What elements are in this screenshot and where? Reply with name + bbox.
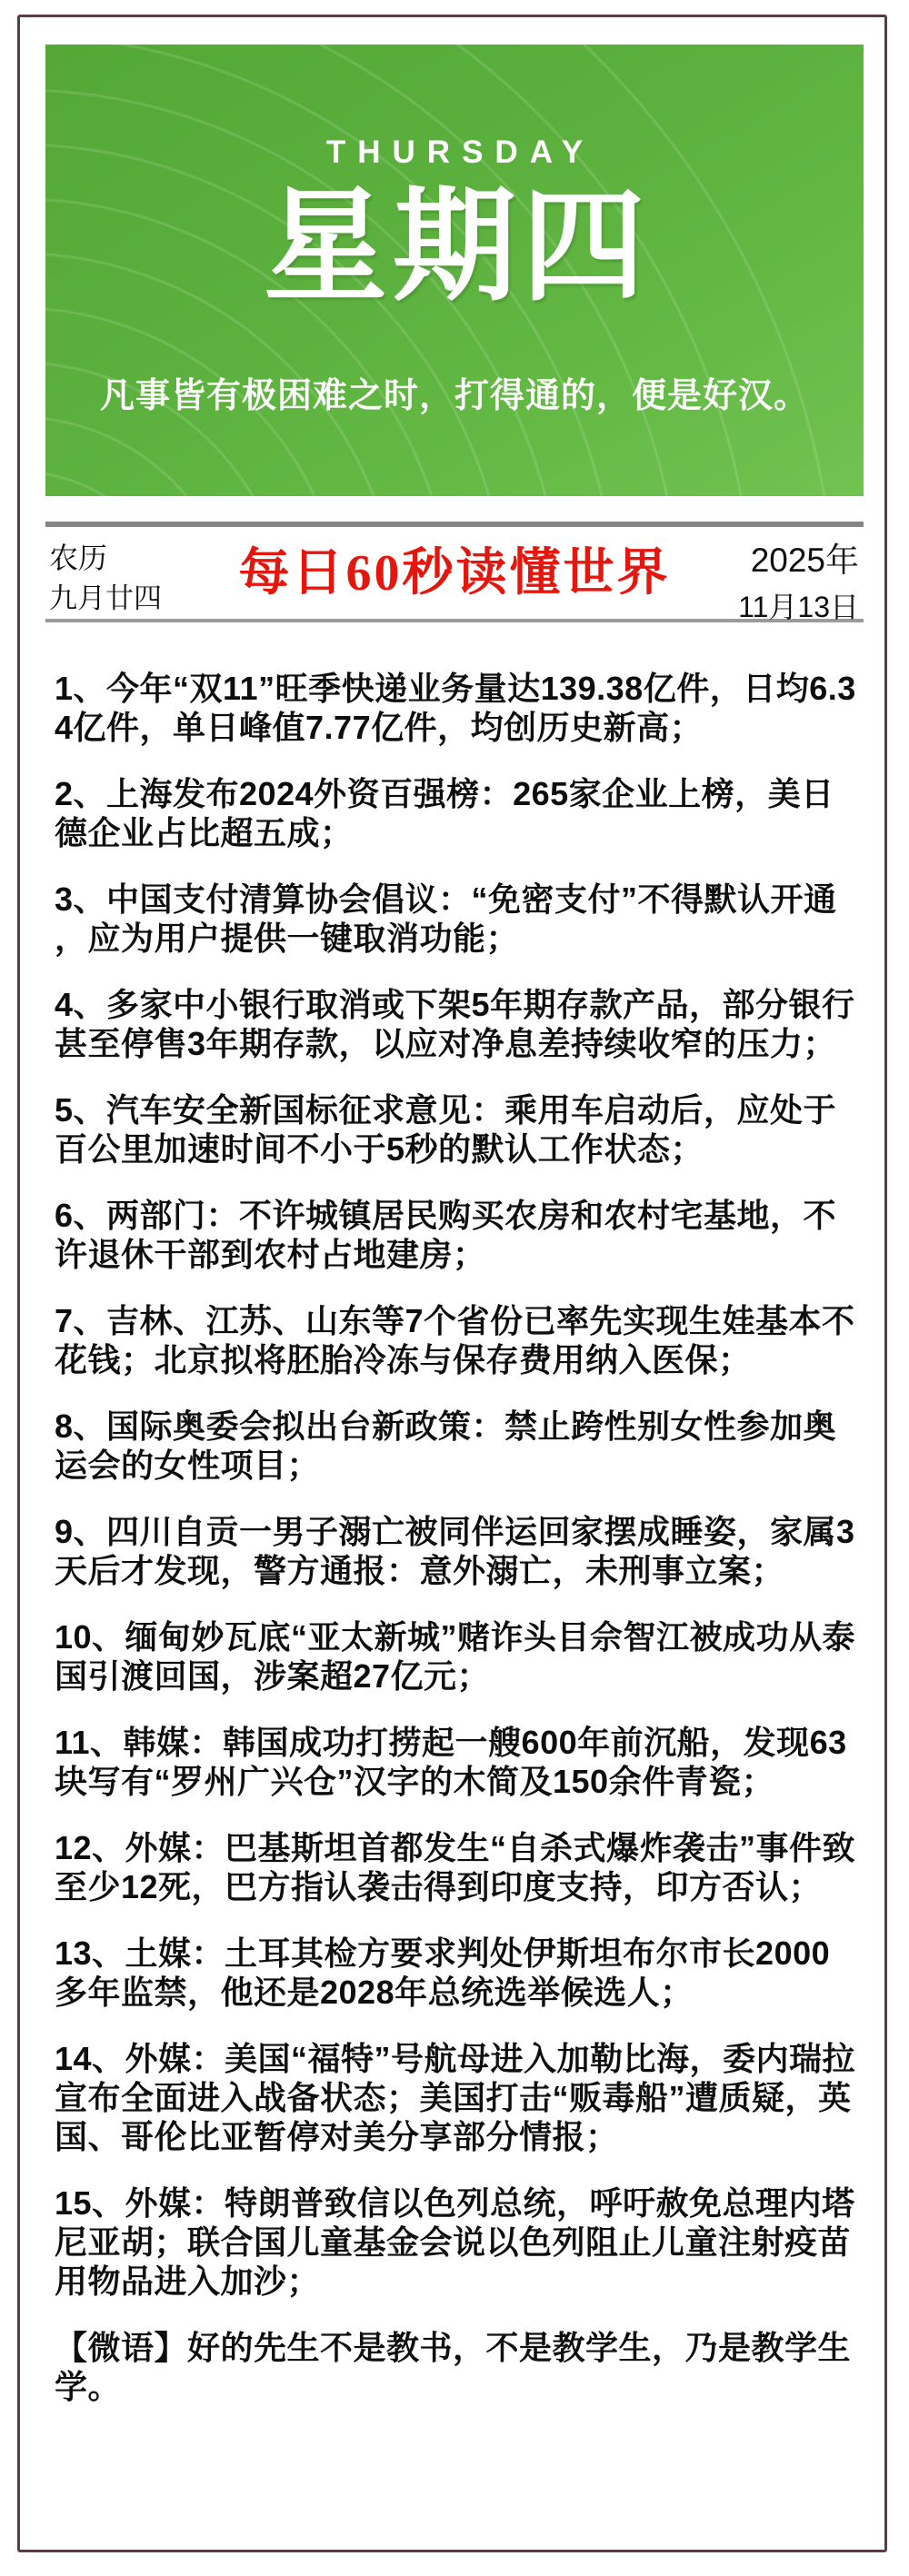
- news-item: 2、上海发布2024外资百强榜：265家企业上榜，美日德企业占比超五成；: [55, 774, 862, 852]
- news-item: 15、外媒：特朗普致信以色列总统，呼吁赦免总理内塔尼亚胡；联合国儿童基金会说以色…: [55, 2183, 862, 2301]
- weekday-english: THURSDAY: [45, 134, 864, 171]
- news-item: 7、吉林、江苏、山东等7个省份已率先实现生娃基本不花钱；北京拟将胚胎冷冻与保存费…: [55, 1301, 862, 1379]
- news-item: 13、土媒：土耳其检方要求判处伊斯坦布尔市长2000多年监禁，他还是2028年总…: [55, 1934, 862, 2012]
- news-item: 9、四川自贡一男子溺亡被同伴运回家摆成睡姿，家属3天后才发现，警方通报：意外溺亡…: [55, 1512, 862, 1590]
- date-bar: 农历 九月廿四 每日60秒读懂世界 2025年 11月13日: [45, 522, 864, 622]
- bulletin-page: THURSDAY 星期四 凡事皆有极困难之时，打得通的，便是好汉。 农历 九月廿…: [0, 0, 909, 2576]
- news-item: 1、今年“双11”旺季快递业务量达139.38亿件，日均6.34亿件，单日峰值7…: [55, 669, 862, 747]
- weiyu-note: 【微语】好的先生不是教书，不是教学生，乃是教学生学。: [55, 2328, 862, 2406]
- news-item: 4、多家中小银行取消或下架5年期存款产品，部分银行甚至停售3年期存款，以应对净息…: [55, 985, 862, 1063]
- weekday-banner: THURSDAY 星期四 凡事皆有极困难之时，打得通的，便是好汉。: [45, 45, 864, 496]
- year-label: 2025年: [751, 532, 859, 582]
- news-list: 1、今年“双11”旺季快递业务量达139.38亿件，日均6.34亿件，单日峰值7…: [55, 669, 862, 2406]
- weekday-chinese: 星期四: [45, 183, 864, 310]
- news-item: 10、缅甸妙瓦底“亚太新城”赌诈头目佘智江被成功从泰国引渡回国，涉案超27亿元；: [55, 1617, 862, 1696]
- news-item: 14、外媒：美国“福特”号航母进入加勒比海，委内瑞拉宣布全面进入战备状态；美国打…: [55, 2039, 862, 2156]
- news-item: 5、汽车安全新国标征求意见：乘用车启动后，应处于百公里加速时间不小于5秒的默认工…: [55, 1090, 862, 1169]
- date-label: 11月13日: [738, 584, 859, 626]
- daily-quote: 凡事皆有极困难之时，打得通的，便是好汉。: [45, 367, 864, 417]
- news-item: 11、韩媒：韩国成功打捞起一艘600年前沉船，发现63块写有“罗州广兴仓”汉字的…: [55, 1723, 862, 1801]
- news-item: 8、国际奥委会拟出台新政策：禁止跨性别女性参加奥运会的女性项目；: [55, 1407, 862, 1485]
- news-item: 12、外媒：巴基斯坦首都发生“自杀式爆炸袭击”事件致至少12死，巴方指认袭击得到…: [55, 1828, 862, 1906]
- news-item: 6、两部门：不许城镇居民购买农房和农村宅基地，不许退休干部到农村占地建房；: [55, 1196, 862, 1274]
- news-item: 3、中国支付清算协会倡议：“免密支付”不得默认开通，应为用户提供一键取消功能；: [55, 880, 862, 958]
